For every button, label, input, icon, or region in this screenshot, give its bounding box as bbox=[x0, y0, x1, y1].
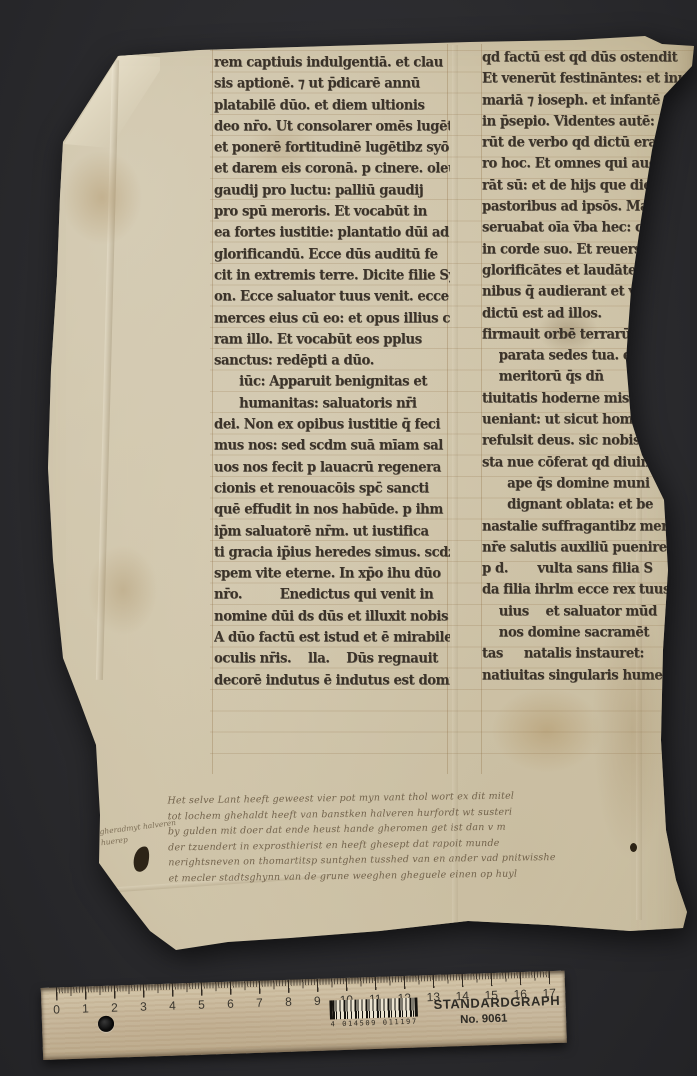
ruler-number: 5 bbox=[198, 998, 205, 1012]
text-line: ueniant: ut sicut homo gen bbox=[482, 409, 697, 431]
text-line: et ponerē fortitudinē lugētibz syō: bbox=[214, 137, 450, 159]
text-line: iūc: Apparuit benignitas et bbox=[214, 371, 450, 393]
text-line: cionis et renouacōis spc̄ sancti bbox=[214, 478, 450, 500]
text-line: sanctus: redēpti a dūo. bbox=[214, 350, 450, 372]
text-line: ram illo. Et vocabūt eos pplus bbox=[214, 329, 450, 351]
text-line: tiuitatis hoderne misterijs bbox=[482, 388, 697, 410]
text-line: parata sedes tua. ex tūc bbox=[482, 345, 697, 367]
barcode: 4 014509 011197 bbox=[329, 998, 418, 1031]
left-text-column: rem captiuis indulgentiā. et clausis apt… bbox=[214, 52, 450, 691]
photograph-scene: rem captiuis indulgentiā. et clausis apt… bbox=[0, 0, 697, 1076]
bottom-crease bbox=[110, 872, 330, 892]
text-line: nomine dūi ds dūs et illuxit nobis bbox=[214, 606, 450, 628]
stain bbox=[88, 545, 158, 635]
ruler-number: 7 bbox=[256, 996, 263, 1010]
margin-note: gheradmyt halverenhuerep bbox=[99, 818, 171, 848]
ruler-number: 9 bbox=[314, 994, 321, 1008]
margin-note-line: gheradmyt halveren bbox=[99, 818, 170, 837]
stain bbox=[538, 308, 598, 354]
text-line: A dūo factū est istud et ē mirabile in bbox=[214, 627, 450, 649]
vertical-ruling-line bbox=[481, 44, 482, 774]
corner-fold bbox=[50, 48, 160, 168]
text-line: gaudij pro luctu: palliū gaudij bbox=[214, 180, 450, 202]
text-line: tas natalis instauret: bbox=[482, 643, 697, 665]
text-line: sta nue cōferat qd diuinū ē bbox=[482, 452, 697, 474]
ruler-number: 2 bbox=[111, 1000, 118, 1014]
text-line: humanitas: saluatoris nr̄i bbox=[214, 393, 450, 415]
text-line: ea fortes iustitie: plantatio dūi ad bbox=[214, 222, 450, 244]
ruler-number: 1 bbox=[82, 1001, 89, 1015]
text-line: nos domine sacramēt bbox=[482, 622, 697, 644]
vertical-ruling-line bbox=[212, 44, 213, 774]
text-line: ip̄m saluatorē nr̄m. ut iustifica bbox=[214, 521, 450, 543]
annotation-line: by gulden mit doer dat ende heust hande … bbox=[168, 818, 660, 840]
margin-note-line: huerep bbox=[100, 829, 171, 848]
parchment-leaf: rem captiuis indulgentiā. et clausis apt… bbox=[0, 0, 697, 1076]
brand-label: STANDARDGRAPH bbox=[433, 993, 560, 1012]
annotation-line: nerightsneven on thomartitsp suntghen tu… bbox=[168, 849, 660, 871]
parchment-wrapper: rem captiuis indulgentiā. et clausis apt… bbox=[0, 0, 697, 1076]
text-line: dei. Non ex opibus iustitie q̄ feci bbox=[214, 414, 450, 436]
text-line: ape q̄s domine muni bbox=[482, 473, 697, 495]
text-line: da filia ihrlm ecce rex tuus venit bbox=[482, 579, 697, 601]
text-line: firmauit orbē terrarū nō cōm bbox=[482, 324, 697, 346]
text-line: dignant oblata: et be bbox=[482, 494, 697, 516]
model-number-label: No. 9061 bbox=[460, 1013, 508, 1027]
ruler-number: 4 bbox=[169, 999, 176, 1013]
text-line: cit in extremis terre. Dicite filie Sy bbox=[214, 265, 450, 287]
text-line: mariā ⁊ ioseph. et infantē bbox=[482, 90, 697, 112]
text-line: nr̄e salutis auxiliū puenire bbox=[482, 537, 697, 559]
text-line: spem vite eterne. In xp̄o ihu dūo bbox=[214, 563, 450, 585]
annotation-line: et mecler stadtsghynn van de grune weegh… bbox=[168, 864, 660, 886]
text-line: rūt de verbo qd dictū erat ill bbox=[482, 132, 697, 154]
text-line: uos nos fecit p lauacrū regenera bbox=[214, 457, 450, 479]
text-line: merces eius cū eo: et opus illius co bbox=[214, 308, 450, 330]
text-line: meritorū q̄s dn̄ ua bbox=[482, 366, 697, 388]
stain bbox=[248, 118, 318, 178]
ruler-number: 3 bbox=[140, 1000, 147, 1014]
text-line: pro spū meroris. Et vocabūt in bbox=[214, 201, 450, 223]
barcode-bars bbox=[329, 998, 418, 1020]
text-line: glorificandū. Ecce dūs auditū fe bbox=[214, 244, 450, 266]
ruler-number: 8 bbox=[285, 995, 292, 1009]
text-line: nr̄o. Enedictus qui venit in bbox=[214, 584, 450, 606]
ink-dot bbox=[630, 843, 637, 852]
fold-crease bbox=[96, 60, 119, 680]
text-line: Et venerūt festināntes: et inu bbox=[482, 68, 697, 90]
text-line: oculis nr̄is. lla. Dūs regnauit bbox=[214, 648, 450, 670]
annotation-line: der tzuendert in exprosthierist en heeft… bbox=[168, 833, 660, 855]
text-line: in corde suo. Et reuersi sū pa bbox=[482, 239, 697, 261]
text-line: p d. vulta sans filia S bbox=[482, 558, 697, 580]
text-line: on. Ecce saluator tuus venit. ecce bbox=[214, 286, 450, 308]
text-line: decorē indutus ē indutus est dominu bbox=[214, 670, 450, 692]
text-line: nastalie suffragantibz meri bbox=[482, 516, 697, 538]
text-line: natiuitas singularis hume bbox=[482, 665, 697, 687]
annotation-line: Het selve Lant heeft geweest vier pot my… bbox=[167, 787, 659, 809]
text-line: ro hoc. Et omnes qui audie bbox=[482, 153, 697, 175]
text-line: glorificātes et laudātes dūm bbox=[482, 260, 697, 282]
text-line: dictū est ad illos. bbox=[482, 303, 697, 325]
text-line: seruabat oīa v̄ba hec: co bbox=[482, 217, 697, 239]
text-line: ti gracia ip̄ius heredes simus. scdz bbox=[214, 542, 450, 564]
text-line: mus nos: sed scdm suā mīam sal bbox=[214, 435, 450, 457]
text-line: rem captiuis indulgentiā. et clau bbox=[214, 52, 450, 74]
ruler-number: 6 bbox=[227, 997, 234, 1011]
text-line: nibus q̄ audierant et viderī bbox=[482, 281, 697, 303]
text-line: pastoribus ad ipsōs. Maria bbox=[482, 196, 697, 218]
ruler-number: 0 bbox=[53, 1002, 60, 1016]
text-line: qd factū est qd dūs ostendit bbox=[482, 47, 697, 69]
text-line: in p̄sepio. Videntes autē: co bbox=[482, 111, 697, 133]
text-line: quē effudit in nos habūde. p ihm bbox=[214, 499, 450, 521]
stain bbox=[492, 688, 602, 773]
annotation-line: tot lochem ghehaldt heeft van banstken h… bbox=[168, 802, 660, 824]
right-crease bbox=[636, 470, 642, 920]
text-line: deo nr̄o. Ut consolarer omēs lugēte bbox=[214, 116, 450, 138]
text-line: et darem eis coronā. p cinere. oleum bbox=[214, 158, 450, 180]
text-line: refulsit deus. sic nobis hec to bbox=[482, 430, 697, 452]
text-line: rāt sū: et de hijs que dicta er bbox=[482, 175, 697, 197]
stain bbox=[592, 600, 672, 860]
ruler-hole bbox=[98, 1016, 115, 1033]
barcode-digits: 4 014509 011197 bbox=[330, 1018, 418, 1029]
text-line: platabilē dūo. et diem ultionis bbox=[214, 95, 450, 117]
vertical-ruling-line bbox=[447, 44, 448, 774]
right-text-column: qd factū est qd dūs ostenditEt venerūt f… bbox=[482, 47, 697, 686]
cursive-annotation: Het selve Lant heeft geweest vier pot my… bbox=[167, 787, 660, 887]
text-line: uius et saluator mūd bbox=[482, 601, 697, 623]
text-line: sis aptionē. ⁊ ut p̄dicarē annū bbox=[214, 73, 450, 95]
ruling-lines bbox=[210, 50, 697, 772]
center-crease bbox=[452, 45, 458, 935]
stain bbox=[62, 150, 142, 245]
ink-blot bbox=[131, 845, 151, 874]
